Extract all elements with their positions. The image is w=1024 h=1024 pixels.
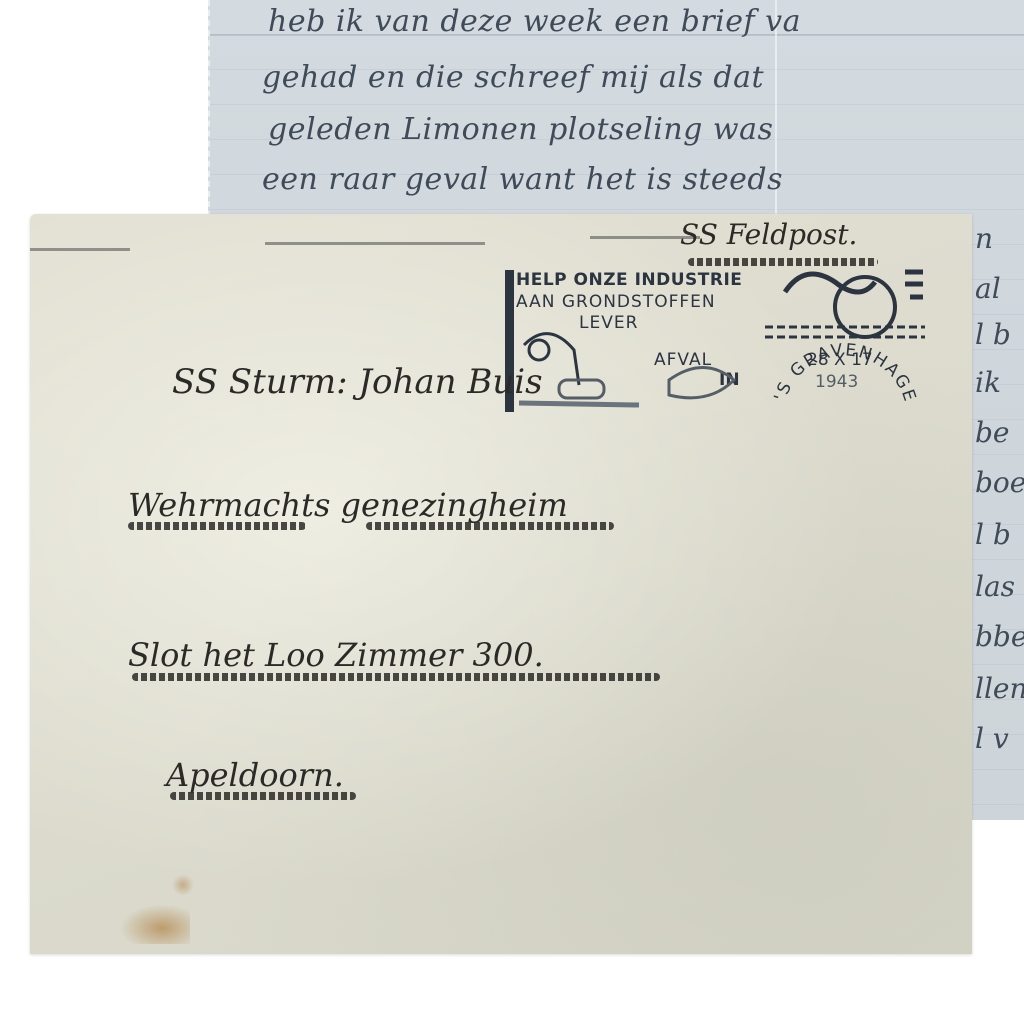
underline-wavy [132,673,660,681]
letter-fragment: be [975,416,1010,449]
letter-line: heb ik van deze week een brief va [268,4,801,39]
letter-fragment: llen [975,672,1024,705]
letter-fragment: n [975,222,993,255]
envelope-dash-line [265,242,485,245]
letter-line: gehad en die schreef mij als dat [262,60,764,95]
letter-fragment: l b [975,518,1011,551]
postmark-date: 28 X 17 [807,350,873,370]
underline-wavy [128,522,306,530]
letter-fragment: l b [975,318,1011,351]
letter-fragment: ik [975,366,1001,399]
feldpost-label: SS Feldpost. [680,218,857,251]
letter-line: geleden Limonen plotseling was [268,112,773,147]
letter-line: een raar geval want het is steeds [262,162,783,197]
address-line-location: Slot het Loo Zimmer 300. [128,636,544,674]
slogan-illustration-icon [519,325,754,410]
letter-fragment: las [975,570,1015,603]
postmark-year: 1943 [815,372,858,392]
letter-fragment: bbe [975,620,1024,653]
letter-fragment: al [975,272,1001,305]
slogan-line: HELP ONZE INDUSTRIE [516,270,742,290]
water-stain [172,874,194,896]
address-line-recipient: SS Sturm: Johan Buis [172,362,543,402]
underline-wavy [170,792,356,800]
slogan-line: AAN GRONDSTOFFEN [516,292,716,312]
slogan-cancellation: HELP ONZE INDUSTRIE AAN GRONDSTOFFEN LEV… [505,270,769,412]
address-line-unit: Wehrmachts genezingheim [128,486,568,524]
underline-wavy [366,522,614,530]
address-line-city: Apeldoorn. [166,756,344,794]
city-postmark: 'S GRAVENHAGE 28 X 17 1943 [765,262,925,412]
letter-fragment: l v [975,722,1009,755]
letter-fragment: boe [975,466,1024,499]
envelope-dash-line [30,248,130,251]
water-stain [120,904,190,944]
